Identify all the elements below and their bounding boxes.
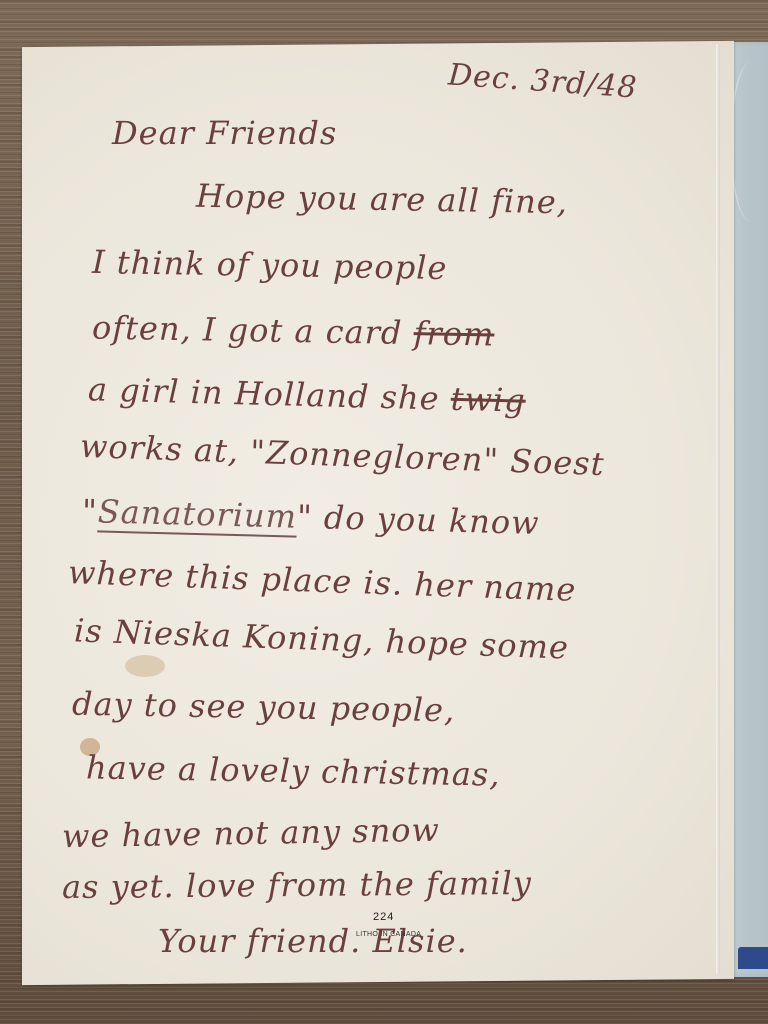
salutation: Dear Friends [112,114,337,152]
letter-line: I think of you people [92,243,448,287]
printer-imprint: LITHO IN CANADA [356,931,421,938]
letter-line-text: " [82,492,99,530]
signature-line: Your friend. Elsie. [158,922,468,960]
paper-stain [125,655,165,677]
letter-line-text: " do you know [297,498,541,542]
letter-line: we have not any snow [62,811,441,856]
blue-card-edge [738,947,768,969]
embossed-decoration [730,62,768,222]
struck-word: from [413,314,494,353]
underlined-word: Sanatorium [97,492,297,535]
letter-line-text: often, I got a card [92,308,414,352]
struck-word: twig [450,380,526,420]
card-fold-crease [716,44,720,974]
letter-line: day to see you people, [72,685,456,730]
letter-line: as yet. love from the family [62,864,532,906]
letter-line: have a lovely christmas, [86,748,501,793]
letter-line: often, I got a card from [92,308,495,353]
card-catalog-number: 224 [373,911,394,923]
letter-line: Hope you are all fine, [196,177,568,221]
